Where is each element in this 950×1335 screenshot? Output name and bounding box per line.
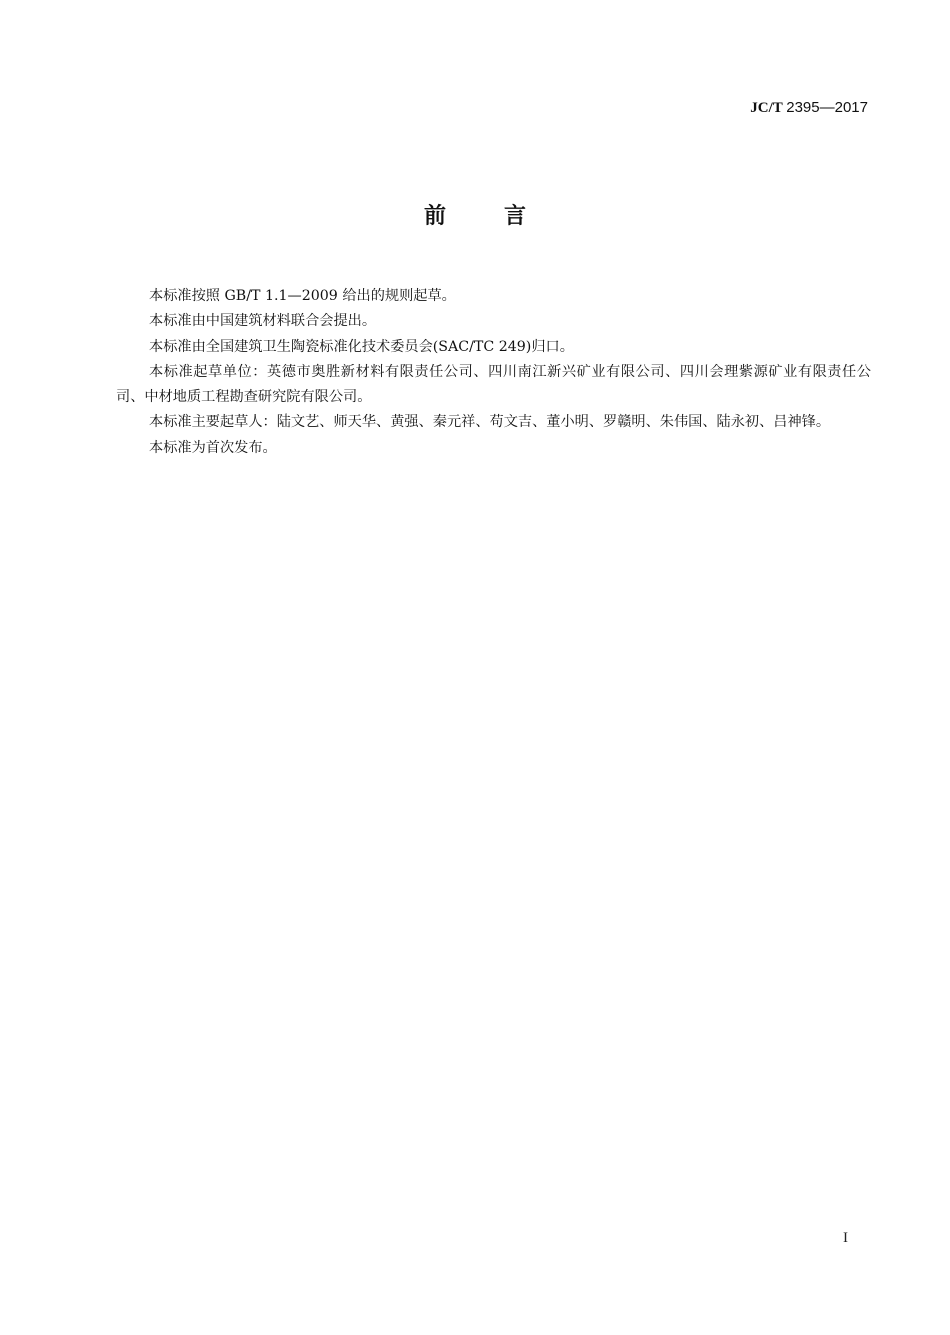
title-char-1: 前 (424, 199, 446, 230)
paragraph-technical-committee: 本标准由全国建筑卫生陶瓷标准化技术委员会(SAC/TC 249)归口。 (116, 335, 871, 360)
paragraph-drafting-units: 本标准起草单位：英德市奥胜新材料有限责任公司、四川南江新兴矿业有限公司、四川会理… (116, 360, 871, 411)
page-title: 前言 (0, 199, 950, 230)
paragraph-first-release: 本标准为首次发布。 (116, 436, 871, 461)
paragraph-drafting-rules: 本标准按照 GB/T 1.1—2009 给出的规则起草。 (116, 284, 871, 309)
standard-number-header: JC/T 2395—2017 (750, 99, 868, 117)
standard-code: JC/T (750, 100, 782, 116)
title-char-2: 言 (504, 199, 526, 230)
page-number: I (843, 1230, 848, 1247)
paragraph-drafters: 本标准主要起草人：陆文艺、师天华、黄强、秦元祥、苟文吉、董小明、罗赣明、朱伟国、… (116, 410, 871, 435)
paragraph-proposed-by: 本标准由中国建筑材料联合会提出。 (116, 309, 871, 334)
standard-year-number: 2395—2017 (786, 99, 868, 116)
foreword-body: 本标准按照 GB/T 1.1—2009 给出的规则起草。 本标准由中国建筑材料联… (116, 284, 871, 461)
